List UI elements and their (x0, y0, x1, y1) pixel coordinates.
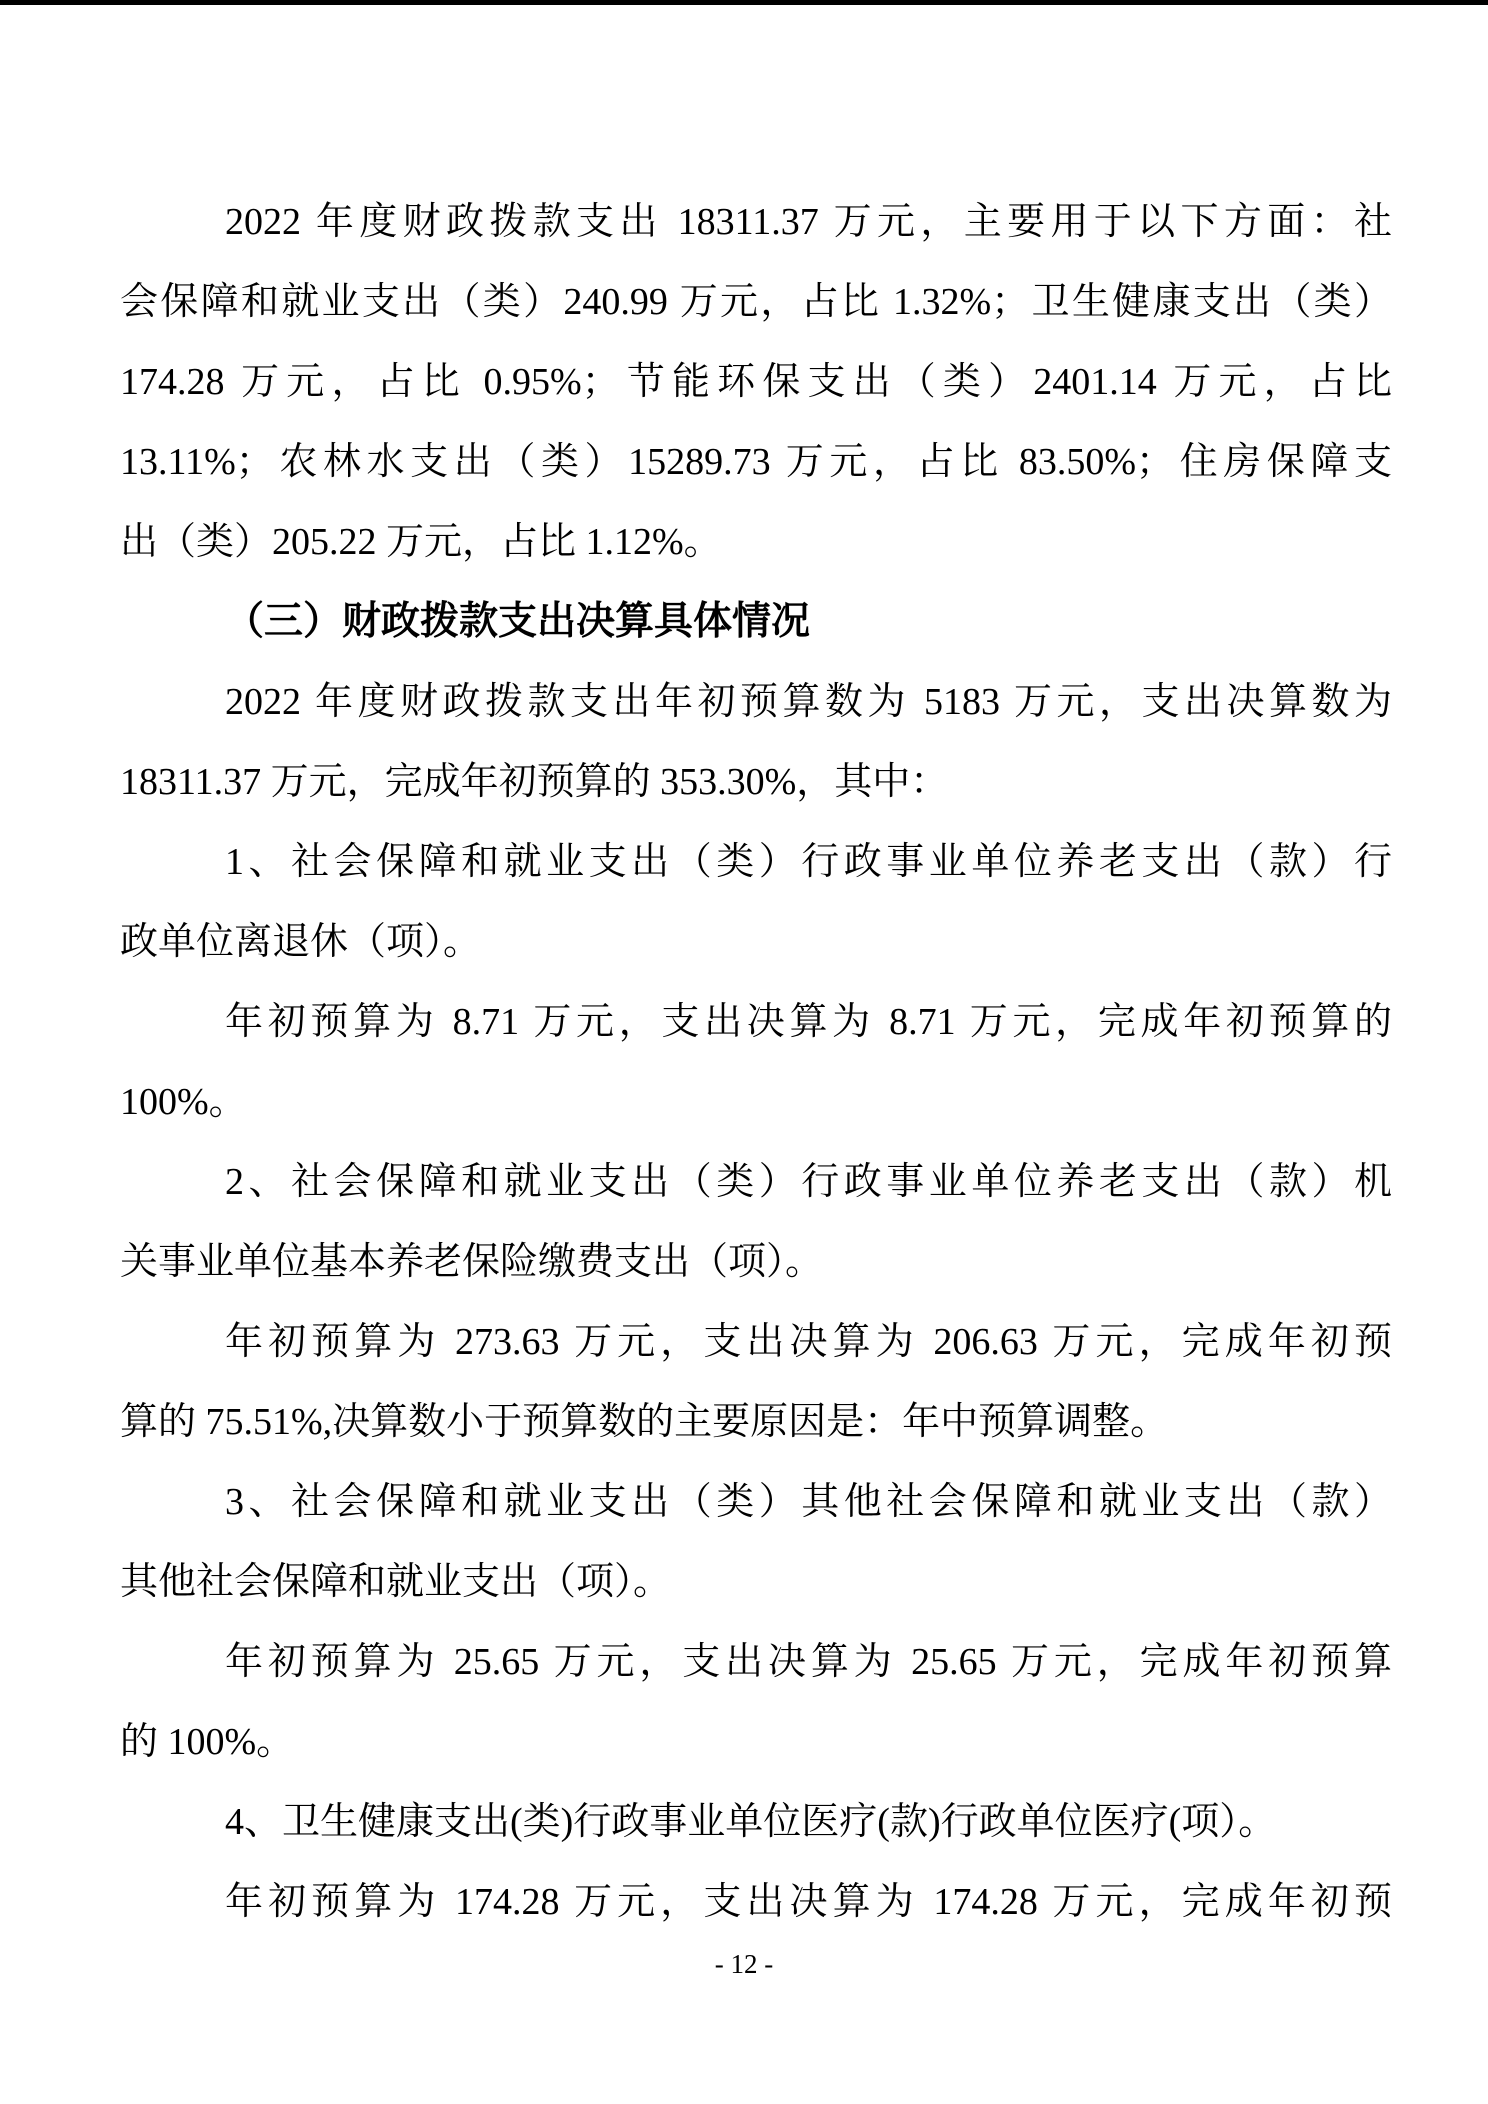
text-line: 2022 年度财政拨款支出年初预算数为 5183 万元，支出决算数为 (120, 662, 1392, 742)
section-heading: （三）财政拨款支出决算具体情况 (120, 582, 1392, 662)
text-line: 4、卫生健康支出(类)行政事业单位医疗(款)行政单位医疗(项）。 (120, 1782, 1392, 1862)
text-line: 年初预算为 25.65 万元，支出决算为 25.65 万元，完成年初预算 (120, 1622, 1392, 1702)
paragraph: 年初预算为 174.28 万元，支出决算为 174.28 万元，完成年初预 (120, 1862, 1392, 1942)
text-line: 会保障和就业支出（类）240.99 万元，占比 1.32%；卫生健康支出（类） (120, 262, 1392, 342)
text-line: 13.11%；农林水支出（类）15289.73 万元，占比 83.50%；住房保… (120, 422, 1392, 502)
paragraph: 年初预算为 25.65 万元，支出决算为 25.65 万元，完成年初预算的 10… (120, 1622, 1392, 1782)
text-line: 关事业单位基本养老保险缴费支出（项）。 (120, 1222, 1392, 1302)
text-line: 1、社会保障和就业支出（类）行政事业单位养老支出（款）行 (120, 822, 1392, 902)
paragraph: 4、卫生健康支出(类)行政事业单位医疗(款)行政单位医疗(项）。 (120, 1782, 1392, 1862)
text-line: 174.28 万元，占比 0.95%；节能环保支出（类）2401.14 万元，占… (120, 342, 1392, 422)
text-line: 出（类）205.22 万元，占比 1.12%。 (120, 502, 1392, 582)
paragraph: 1、社会保障和就业支出（类）行政事业单位养老支出（款）行政单位离退休（项）。 (120, 822, 1392, 982)
text-line: 2022 年度财政拨款支出 18311.37 万元，主要用于以下方面：社 (120, 182, 1392, 262)
paragraph: 3、社会保障和就业支出（类）其他社会保障和就业支出（款）其他社会保障和就业支出（… (120, 1462, 1392, 1622)
text-line: 政单位离退休（项）。 (120, 902, 1392, 982)
text-line: 其他社会保障和就业支出（项）。 (120, 1542, 1392, 1622)
text-line: 年初预算为 8.71 万元，支出决算为 8.71 万元，完成年初预算的 (120, 982, 1392, 1062)
text-line: 3、社会保障和就业支出（类）其他社会保障和就业支出（款） (120, 1462, 1392, 1542)
text-line: 年初预算为 174.28 万元，支出决算为 174.28 万元，完成年初预 (120, 1862, 1392, 1942)
text-line: 100%。 (120, 1062, 1392, 1142)
paragraph: 2、社会保障和就业支出（类）行政事业单位养老支出（款）机关事业单位基本养老保险缴… (120, 1142, 1392, 1302)
text-line: 年初预算为 273.63 万元，支出决算为 206.63 万元，完成年初预 (120, 1302, 1392, 1382)
page-top-border (0, 0, 1488, 5)
paragraph: 年初预算为 273.63 万元，支出决算为 206.63 万元，完成年初预算的 … (120, 1302, 1392, 1462)
text-line: 算的 75.51%,决算数小于预算数的主要原因是：年中预算调整。 (120, 1382, 1392, 1462)
document-body: 2022 年度财政拨款支出 18311.37 万元，主要用于以下方面：社会保障和… (120, 182, 1392, 1942)
text-line: （三）财政拨款支出决算具体情况 (120, 582, 1392, 662)
paragraph: 年初预算为 8.71 万元，支出决算为 8.71 万元，完成年初预算的100%。 (120, 982, 1392, 1142)
paragraph: 2022 年度财政拨款支出年初预算数为 5183 万元，支出决算数为18311.… (120, 662, 1392, 822)
paragraph: 2022 年度财政拨款支出 18311.37 万元，主要用于以下方面：社会保障和… (120, 182, 1392, 582)
text-line: 2、社会保障和就业支出（类）行政事业单位养老支出（款）机 (120, 1142, 1392, 1222)
page-number: - 12 - (0, 1946, 1488, 1982)
text-line: 的 100%。 (120, 1702, 1392, 1782)
text-line: 18311.37 万元，完成年初预算的 353.30%，其中： (120, 742, 1392, 822)
